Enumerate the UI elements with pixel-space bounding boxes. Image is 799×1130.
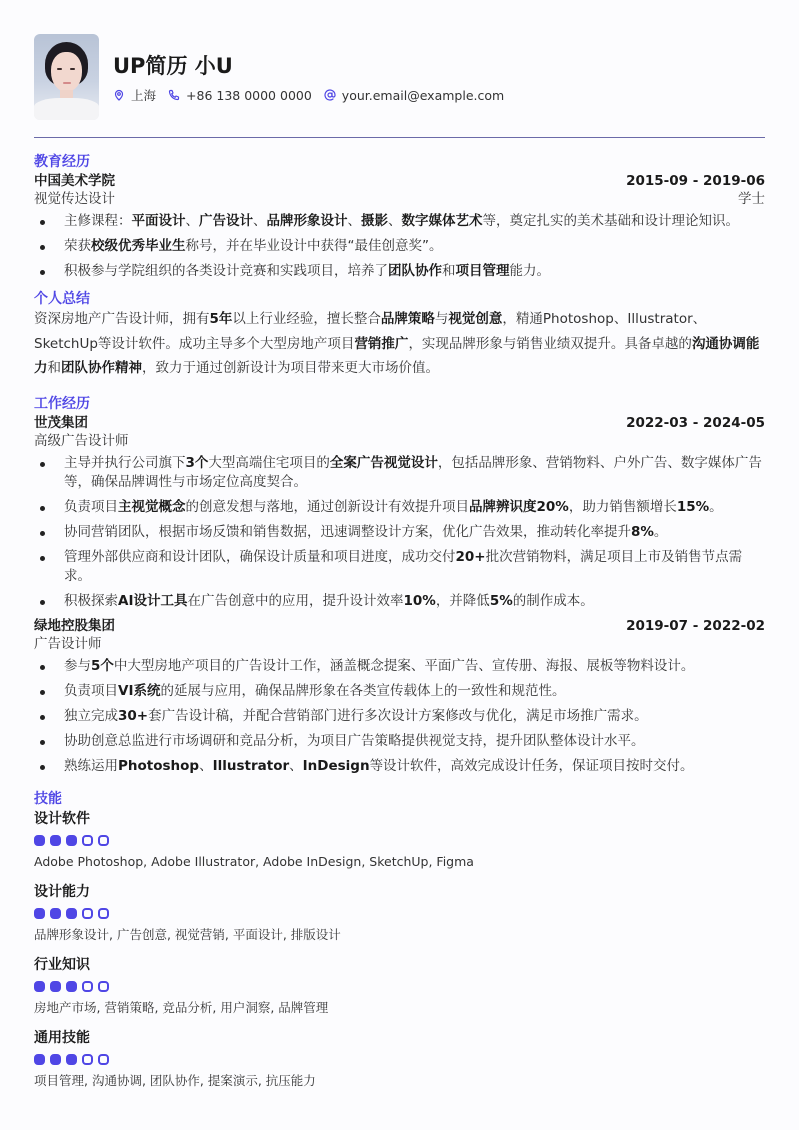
skill-desc: 房地产市场, 营销策略, 竞品分析, 用户洞察, 品牌管理 xyxy=(34,999,765,1017)
email-text[interactable]: your.email@example.com xyxy=(342,88,504,103)
skill-desc: 品牌形象设计, 广告创意, 视觉营销, 平面设计, 排版设计 xyxy=(34,926,765,944)
emphasis-text: 广告设计 xyxy=(199,213,253,229)
job-role: 广告设计师 xyxy=(34,635,102,653)
emphasis-text: 数字媒体艺术 xyxy=(402,213,483,229)
list-item: 参与5个中大型房地产项目的广告设计工作，涵盖概念提案、平面广告、宣传册、海报、展… xyxy=(34,657,765,676)
list-item: 积极探索AI设计工具在广告创意中的应用，提升设计效率10%，并降低5%的制作成本… xyxy=(34,592,765,611)
emphasis-text: Photoshop xyxy=(118,758,199,774)
skill-name: 通用技能 xyxy=(34,1028,765,1048)
job-bullets: 主导并执行公司旗下3个大型高端住宅项目的全案广告视觉设计，包括品牌形象、营销物料… xyxy=(34,454,765,611)
filled-dot-icon xyxy=(66,835,77,846)
emphasis-text: 品牌策略 xyxy=(381,311,435,327)
emphasis-text: 视觉创意 xyxy=(448,311,502,327)
at-sign-icon xyxy=(324,89,336,101)
filled-dot-icon xyxy=(50,1054,61,1065)
job-period: 2019-07 - 2022-02 xyxy=(626,617,765,635)
company-name: 绿地控股集团 xyxy=(34,617,115,635)
education-period: 2015-09 - 2019-06 xyxy=(626,172,765,190)
filled-dot-icon xyxy=(66,1054,77,1065)
emphasis-text: 主视觉概念 xyxy=(118,499,186,515)
job-head: 绿地控股集团 2019-07 - 2022-02 xyxy=(34,617,765,635)
list-item: 荣获校级优秀毕业生称号，并在毕业设计中获得“最佳创意奖”。 xyxy=(34,237,765,256)
empty-dot-icon xyxy=(82,981,93,992)
list-item: 负责项目VI系统的延展与应用，确保品牌形象在各类宣传载体上的一致性和规范性。 xyxy=(34,682,765,701)
section-title-education: 教育经历 xyxy=(34,153,765,172)
degree: 学士 xyxy=(738,190,765,208)
contact-phone: +86 138 0000 0000 xyxy=(168,88,312,103)
job-bullets: 参与5个中大型房地产项目的广告设计工作，涵盖概念提案、平面广告、宣传册、海报、展… xyxy=(34,657,765,776)
skill-level-dots xyxy=(34,981,765,993)
contact-email: your.email@example.com xyxy=(324,88,504,103)
school-name: 中国美术学院 xyxy=(34,172,115,190)
emphasis-text: 全案广告视觉设计 xyxy=(330,455,438,471)
job-head: 世茂集团 2022-03 - 2024-05 xyxy=(34,414,765,432)
emphasis-text: 15% xyxy=(677,499,709,515)
emphasis-text: Illustrator xyxy=(213,758,290,774)
job-role: 高级广告设计师 xyxy=(34,432,129,450)
emphasis-text: 30+ xyxy=(118,708,148,724)
filled-dot-icon xyxy=(66,908,77,919)
list-item: 管理外部供应商和设计团队，确保设计质量和项目进度，成功交付20+批次营销物料，满… xyxy=(34,548,765,586)
skill-name: 行业知识 xyxy=(34,955,765,975)
list-item: 负责项目主视觉概念的创意发想与落地，通过创新设计有效提升项目品牌辨识度20%，助… xyxy=(34,498,765,517)
section-education: 教育经历 中国美术学院 2015-09 - 2019-06 视觉传达设计 学士 … xyxy=(34,153,765,281)
emphasis-text: 平面设计 xyxy=(132,213,186,229)
job-sub: 高级广告设计师 xyxy=(34,432,765,450)
education-sub: 视觉传达设计 学士 xyxy=(34,190,765,208)
header-divider xyxy=(34,137,765,138)
job-period: 2022-03 - 2024-05 xyxy=(626,414,765,432)
contact-row: 上海 +86 138 0000 0000 your.email@example.… xyxy=(113,86,516,104)
list-item: 主修课程：平面设计、广告设计、品牌形象设计、摄影、数字媒体艺术等，奠定扎实的美术… xyxy=(34,212,765,231)
filled-dot-icon xyxy=(50,908,61,919)
section-summary: 个人总结 资深房地产广告设计师，拥有5年以上行业经验，擅长整合品牌策略与视觉创意… xyxy=(34,290,765,381)
job-entry: 世茂集团 2022-03 - 2024-05 高级广告设计师 主导并执行公司旗下… xyxy=(34,414,765,611)
phone-icon xyxy=(168,89,180,101)
emphasis-text: 摄影 xyxy=(361,213,388,229)
list-item: 独立完成30+套广告设计稿，并配合营销部门进行多次设计方案修改与优化，满足市场推… xyxy=(34,707,765,726)
location-text: 上海 xyxy=(131,86,156,104)
emphasis-text: InDesign xyxy=(303,758,370,774)
education-bullets: 主修课程：平面设计、广告设计、品牌形象设计、摄影、数字媒体艺术等，奠定扎实的美术… xyxy=(34,212,765,281)
empty-dot-icon xyxy=(82,835,93,846)
list-item: 主导并执行公司旗下3个大型高端住宅项目的全案广告视觉设计，包括品牌形象、营销物料… xyxy=(34,454,765,492)
empty-dot-icon xyxy=(98,835,109,846)
contact-location: 上海 xyxy=(113,86,156,104)
skill-desc: 项目管理, 沟通协调, 团队协作, 提案演示, 抗压能力 xyxy=(34,1072,765,1090)
job-sub: 广告设计师 xyxy=(34,635,765,653)
filled-dot-icon xyxy=(34,835,45,846)
skill-group: 设计软件 Adobe Photoshop, Adobe Illustrator,… xyxy=(34,809,765,871)
emphasis-text: 营销推广 xyxy=(354,336,408,352)
section-work: 工作经历 世茂集团 2022-03 - 2024-05 高级广告设计师 主导并执… xyxy=(34,395,765,776)
emphasis-text: 10% xyxy=(403,593,435,609)
resume-page: UP简历 小U 上海 +86 138 0000 0000 xyxy=(0,0,799,1130)
empty-dot-icon xyxy=(98,908,109,919)
list-item: 协同营销团队，根据市场反馈和销售数据，迅速调整设计方案，优化广告效果，推动转化率… xyxy=(34,523,765,542)
skill-level-dots xyxy=(34,1054,765,1066)
emphasis-text: 品牌形象设计 xyxy=(267,213,348,229)
education-head: 中国美术学院 2015-09 - 2019-06 xyxy=(34,172,765,190)
empty-dot-icon xyxy=(82,1054,93,1065)
emphasis-text: 品牌辨识度20% xyxy=(469,499,569,515)
filled-dot-icon xyxy=(34,1054,45,1065)
resume-header: UP简历 小U 上海 +86 138 0000 0000 xyxy=(34,34,765,120)
phone-text: +86 138 0000 0000 xyxy=(186,88,312,103)
candidate-name: UP简历 小U xyxy=(113,52,516,80)
profile-photo xyxy=(34,34,99,120)
emphasis-text: 校级优秀毕业生 xyxy=(91,238,186,254)
section-skills: 技能 设计软件 Adobe Photoshop, Adobe Illustrat… xyxy=(34,790,765,1090)
filled-dot-icon xyxy=(66,981,77,992)
section-title-skills: 技能 xyxy=(34,790,765,809)
header-info: UP简历 小U 上海 +86 138 0000 0000 xyxy=(113,50,516,104)
skill-name: 设计软件 xyxy=(34,809,765,829)
skill-level-dots xyxy=(34,835,765,847)
job-entry: 绿地控股集团 2019-07 - 2022-02 广告设计师 参与5个中大型房地… xyxy=(34,617,765,776)
emphasis-text: AI设计工具 xyxy=(118,593,187,609)
emphasis-text: 5年 xyxy=(210,311,233,327)
skill-name: 设计能力 xyxy=(34,882,765,902)
list-item: 熟练运用Photoshop、Illustrator、InDesign等设计软件，… xyxy=(34,757,765,776)
empty-dot-icon xyxy=(82,908,93,919)
emphasis-text: 项目管理 xyxy=(456,263,510,279)
emphasis-text: 团队协作 xyxy=(388,263,442,279)
map-pin-icon xyxy=(113,89,125,101)
list-item: 积极参与学院组织的各类设计竞赛和实践项目，培养了团队协作和项目管理能力。 xyxy=(34,262,765,281)
skill-group: 行业知识 房地产市场, 营销策略, 竞品分析, 用户洞察, 品牌管理 xyxy=(34,955,765,1017)
emphasis-text: 3个 xyxy=(186,455,209,471)
filled-dot-icon xyxy=(34,908,45,919)
empty-dot-icon xyxy=(98,1054,109,1065)
skill-group: 设计能力 品牌形象设计, 广告创意, 视觉营销, 平面设计, 排版设计 xyxy=(34,882,765,944)
skill-level-dots xyxy=(34,908,765,920)
summary-text: 资深房地产广告设计师，拥有5年以上行业经验，擅长整合品牌策略与视觉创意，精通Ph… xyxy=(34,307,765,381)
empty-dot-icon xyxy=(98,981,109,992)
emphasis-text: 团队协作精神 xyxy=(61,360,142,376)
section-title-work: 工作经历 xyxy=(34,395,765,414)
filled-dot-icon xyxy=(34,981,45,992)
emphasis-text: 5% xyxy=(490,593,513,609)
emphasis-text: 8% xyxy=(631,524,654,540)
list-item: 协助创意总监进行市场调研和竞品分析，为项目广告策略提供视觉支持，提升团队整体设计… xyxy=(34,732,765,751)
filled-dot-icon xyxy=(50,835,61,846)
emphasis-text: VI系统 xyxy=(118,683,160,699)
filled-dot-icon xyxy=(50,981,61,992)
major: 视觉传达设计 xyxy=(34,190,115,208)
emphasis-text: 5个 xyxy=(91,658,114,674)
company-name: 世茂集团 xyxy=(34,414,88,432)
skill-group: 通用技能 项目管理, 沟通协调, 团队协作, 提案演示, 抗压能力 xyxy=(34,1028,765,1090)
emphasis-text: 20+ xyxy=(456,549,486,565)
skill-desc: Adobe Photoshop, Adobe Illustrator, Adob… xyxy=(34,853,765,871)
